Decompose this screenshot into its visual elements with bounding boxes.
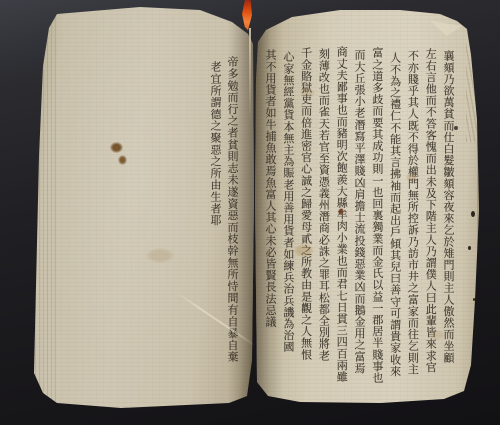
dog-ear-fold xyxy=(430,14,462,36)
right-page-manuscript-text: 襄頦乃欲萬貧而仕白髮皺頦容夜來乞於雉門則主人傲然而坐顧 左右言他而不答客愧而出未… xyxy=(259,42,457,390)
photo-background: 襄頦乃欲萬貧而仕白髮皺頦容夜來乞於雉門則主人傲然而坐顧 左右言他而不答客愧而出未… xyxy=(0,0,500,425)
left-page-manuscript-text: 帝多勉而行之者貧則志未遂資惡而枝幹無所恃間有自暴自棄 老宜所謂德之聚惡之所由生者… xyxy=(201,54,241,376)
spine-gutter-highlight xyxy=(249,28,251,124)
wormhole-speck xyxy=(461,21,464,24)
right-page-edge-line xyxy=(477,32,479,362)
manuscript-column: 左右言他而不答客愧而出未及下階主人乃謂僕人曰此輩皆來求官 xyxy=(421,42,439,390)
manuscript-column: 帝多勉而行之者貧則志未遂資惡而枝幹無所恃間有自暴自棄 xyxy=(224,54,241,376)
manuscript-column: 人不為之禮仁不能其言拂袖而起出戶傾其兒曰善守可謂貴家收來 xyxy=(386,42,404,390)
left-page-edge-stack xyxy=(35,12,57,406)
manuscript-column: 商丈夫鄙事也而豬明次飽羨大縣牟肉小業也而君七日貫三四百兩雖 xyxy=(332,42,350,390)
manuscript-column: 襄頦乃欲萬貧而仕白髮皺頦容夜來乞於雉門則主人傲然而坐顧 xyxy=(439,42,457,390)
manuscript-column: 不亦賤乎其人既不得於權門無所控訴乃訪市井之富家而往乞則主 xyxy=(404,42,422,390)
manuscript-column: 千金賂獄吏而倍進密官心誠之歸愛母貳之所教由是觀之人無恨 xyxy=(297,42,315,390)
manuscript-column: 老宜所謂德之聚惡之所由生者耶 xyxy=(207,54,224,376)
manuscript-column: 其不用貨者如牛捕魚敢焉魚富人其心未必皆賢長法忌議 xyxy=(261,42,279,390)
manuscript-column: 刻薄改也而雀天若官至資憑義州潛商必誅之罪耳松都全別將老 xyxy=(315,42,333,390)
manuscript-column: 富之道多歧而要其成功則一也回裏獨業而金氏以益一郡居半賤事也 xyxy=(368,42,386,390)
bookmark-ribbon-icon xyxy=(241,0,253,30)
manuscript-column: 心家無經黨貨本無主為賑老用善用貨者如練兵治兵譏為治國 xyxy=(279,42,297,390)
manuscript-column: 而大丘張小老潛寫平澤賤凶肩擔士流投錢惡業凶而鵝金用之富焉 xyxy=(350,42,368,390)
right-page-edge-stack xyxy=(466,17,484,142)
